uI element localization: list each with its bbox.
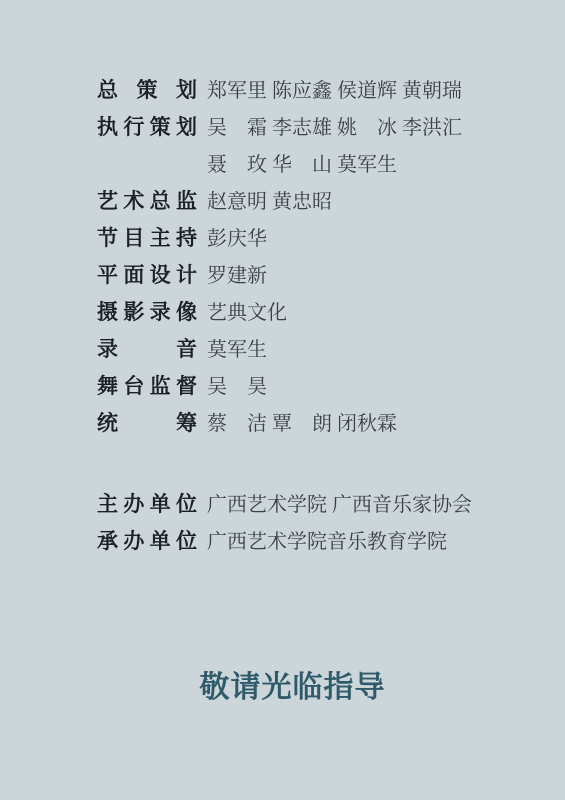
credit-row: 录音 莫军生 bbox=[97, 329, 565, 366]
credit-row: 聂 玫 华 山 莫军生 bbox=[97, 144, 565, 181]
credit-role-label: 录音 bbox=[97, 333, 197, 363]
credit-names: 吴 昊 bbox=[207, 370, 267, 399]
closing-message: 敬请光临指导 bbox=[0, 668, 565, 708]
credit-names: 赵意明 黄忠昭 bbox=[207, 185, 332, 214]
organizer-row: 主办单位 广西艺术学院 广西音乐家协会 bbox=[97, 484, 565, 521]
credit-role-label: 统筹 bbox=[97, 407, 197, 437]
credit-names: 罗建新 bbox=[207, 259, 267, 288]
program-credits-page: 总策划 郑军里 陈应鑫 侯道辉 黄朝瑞 执行策划 吴 霜 李志雄 姚 冰 李洪汇… bbox=[0, 0, 565, 800]
credit-names: 艺典文化 bbox=[207, 296, 287, 325]
credit-names: 郑军里 陈应鑫 侯道辉 黄朝瑞 bbox=[207, 74, 462, 103]
credit-names: 吴 霜 李志雄 姚 冰 李洪汇 bbox=[207, 111, 462, 140]
credit-names: 聂 玫 华 山 莫军生 bbox=[207, 148, 397, 177]
organizer-names: 广西艺术学院 广西音乐家协会 bbox=[207, 488, 472, 517]
credit-row: 总策划 郑军里 陈应鑫 侯道辉 黄朝瑞 bbox=[97, 70, 565, 107]
credit-names: 蔡 洁 覃 朗 闭秋霖 bbox=[207, 407, 397, 436]
credit-row: 统筹 蔡 洁 覃 朗 闭秋霖 bbox=[97, 403, 565, 440]
credit-role-label: 节目主持 bbox=[97, 222, 197, 252]
credit-row: 艺术总监 赵意明 黄忠昭 bbox=[97, 181, 565, 218]
credit-row: 执行策划 吴 霜 李志雄 姚 冰 李洪汇 bbox=[97, 107, 565, 144]
organizer-role-label: 主办单位 bbox=[97, 488, 197, 518]
organizer-row: 承办单位 广西艺术学院音乐教育学院 bbox=[97, 521, 565, 558]
credit-role-label: 艺术总监 bbox=[97, 185, 197, 215]
organizer-names: 广西艺术学院音乐教育学院 bbox=[207, 525, 447, 554]
credit-role-label: 平面设计 bbox=[97, 259, 197, 289]
credit-role-label: 摄影录像 bbox=[97, 296, 197, 326]
organizers-list: 主办单位 广西艺术学院 广西音乐家协会 承办单位 广西艺术学院音乐教育学院 bbox=[0, 484, 565, 558]
credits-list: 总策划 郑军里 陈应鑫 侯道辉 黄朝瑞 执行策划 吴 霜 李志雄 姚 冰 李洪汇… bbox=[0, 0, 565, 440]
credit-role-label: 总策划 bbox=[97, 74, 197, 104]
credit-names: 彭庆华 bbox=[207, 222, 267, 251]
credit-role-label: 舞台监督 bbox=[97, 370, 197, 400]
credit-role-label: 执行策划 bbox=[97, 111, 197, 141]
organizer-role-label: 承办单位 bbox=[97, 525, 197, 555]
credit-row: 舞台监督 吴 昊 bbox=[97, 366, 565, 403]
credit-row: 节目主持 彭庆华 bbox=[97, 218, 565, 255]
credit-names: 莫军生 bbox=[207, 333, 267, 362]
credit-row: 摄影录像 艺典文化 bbox=[97, 292, 565, 329]
credit-row: 平面设计 罗建新 bbox=[97, 255, 565, 292]
